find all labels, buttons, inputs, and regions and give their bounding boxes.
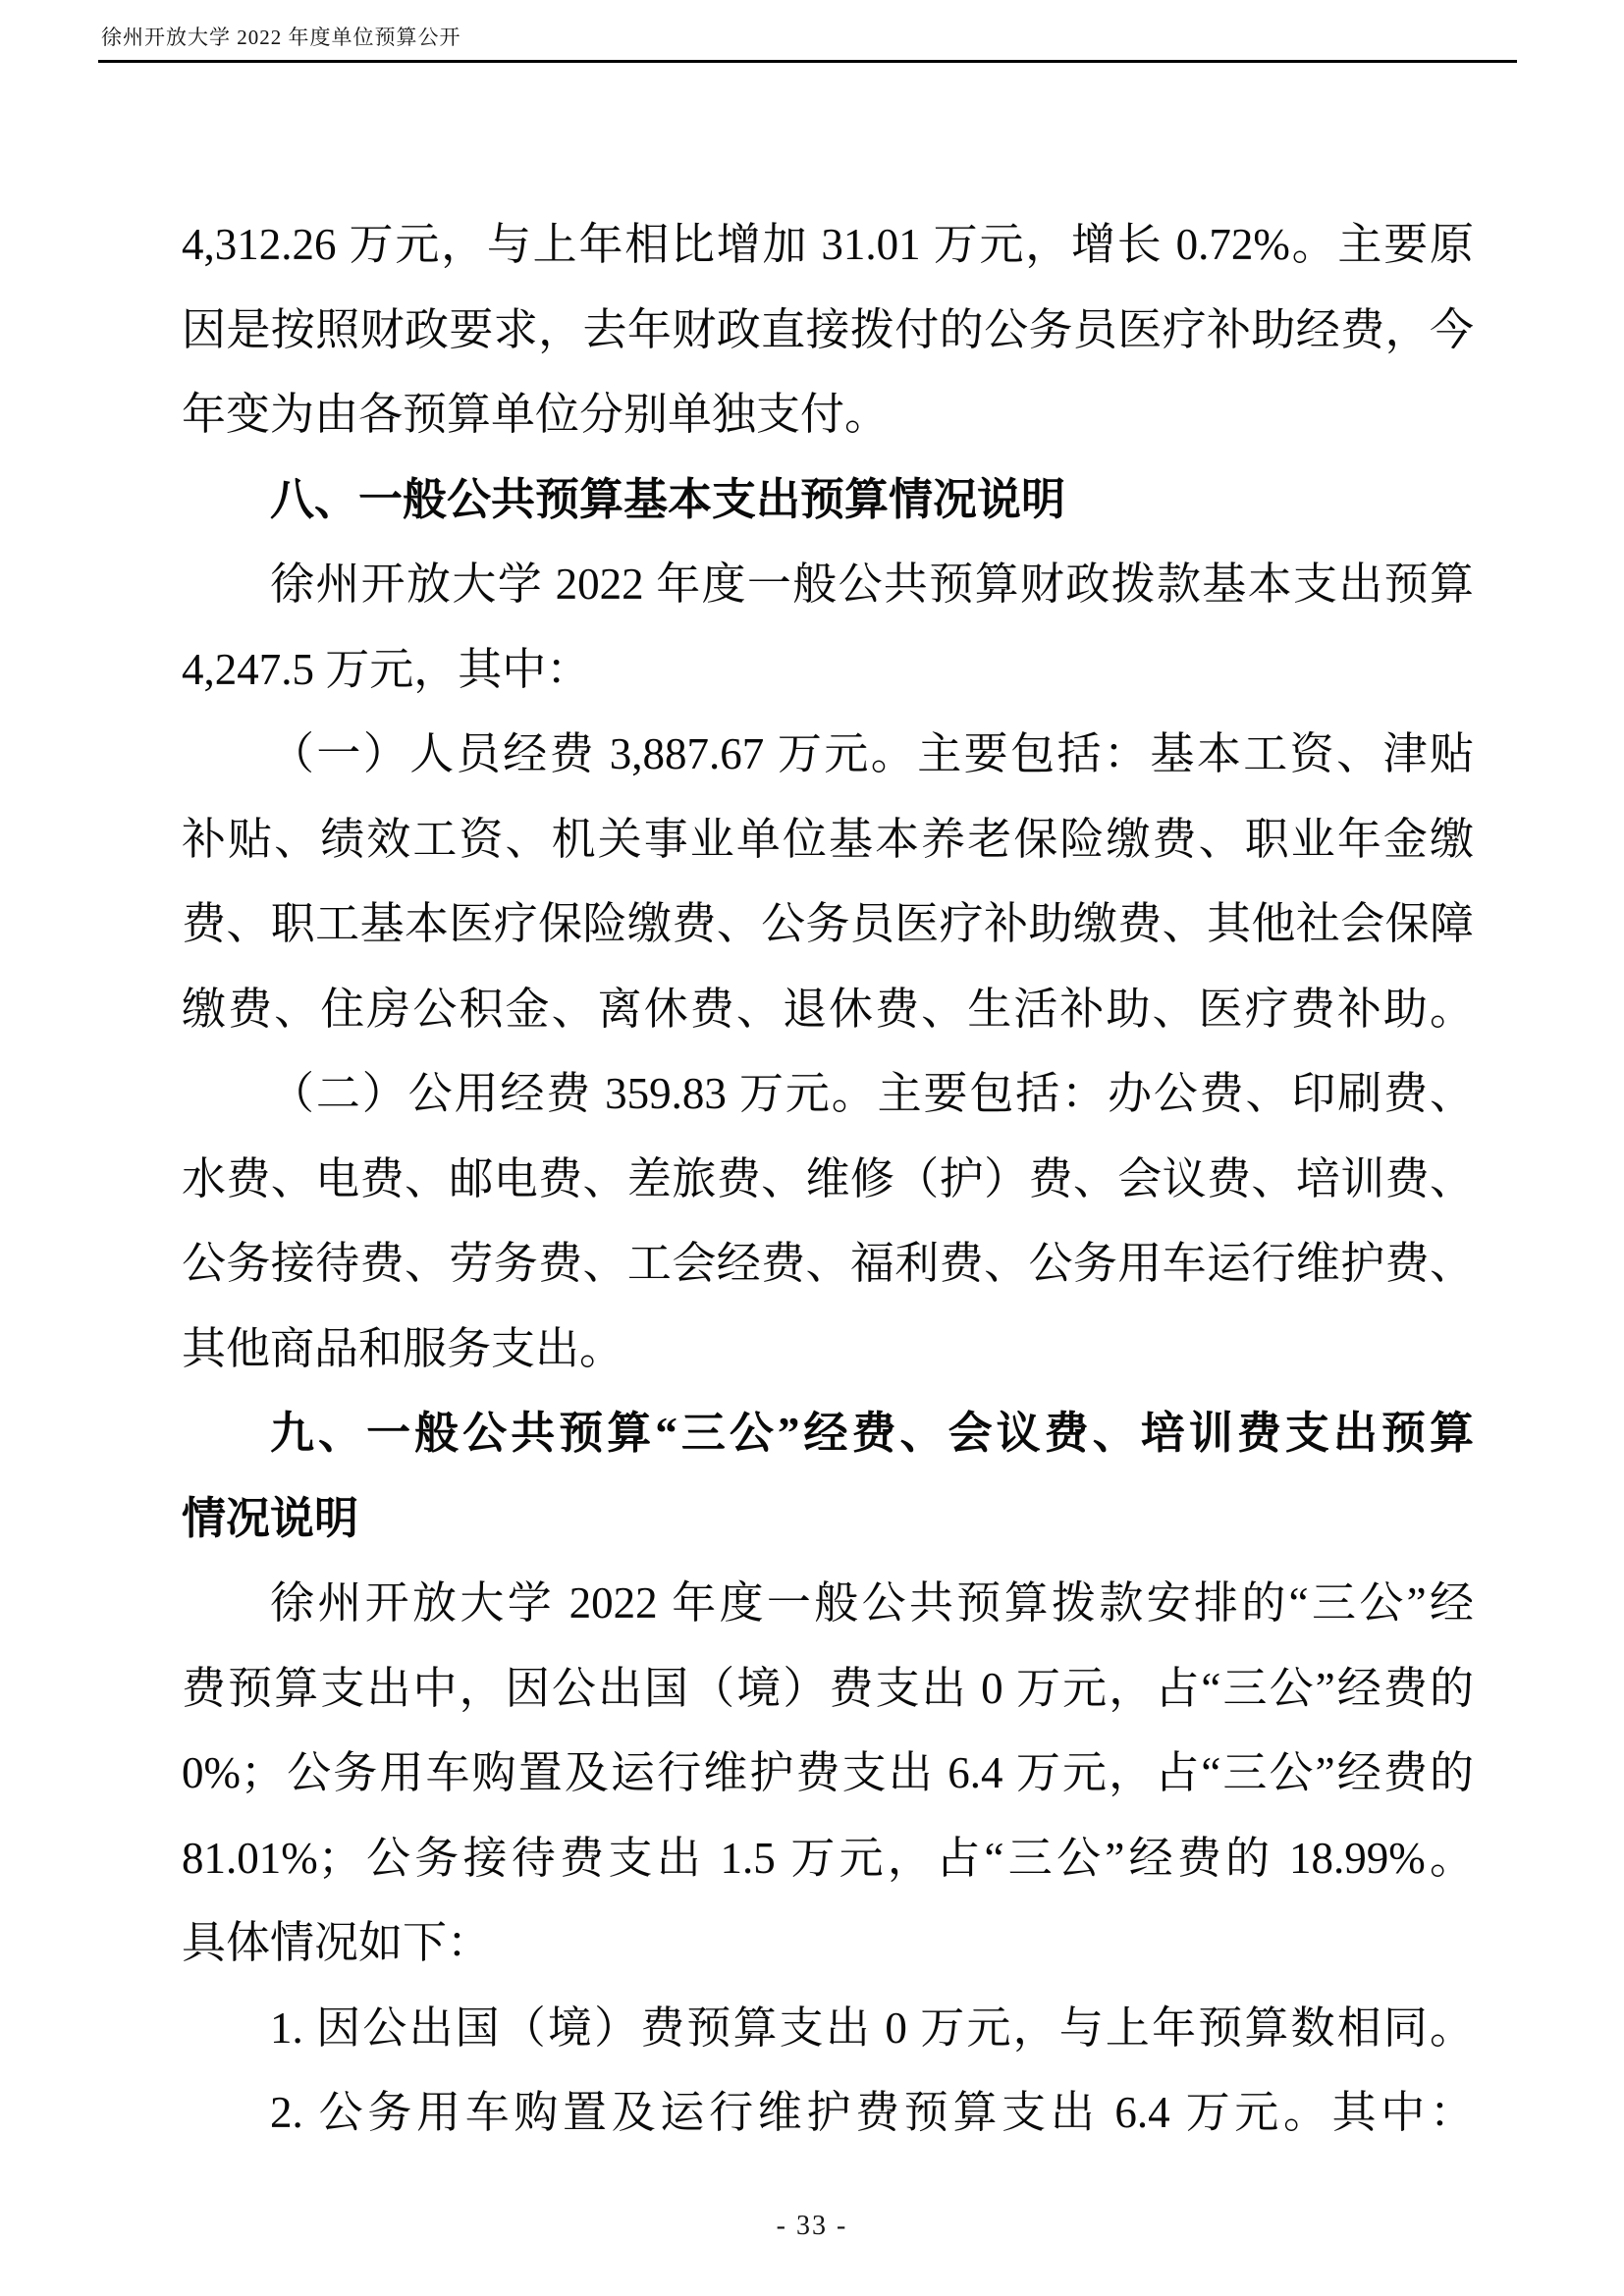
body-line: 补贴、绩效工资、机关事业单位基本养老保险缴费、职业年金缴 <box>182 797 1474 882</box>
document-page: 徐州开放大学 2022 年度单位预算公开 4,312.26 万元，与上年相比增加… <box>0 0 1624 2296</box>
body-line: 公务接待费、劳务费、工会经费、福利费、公务用车运行维护费、 <box>182 1221 1474 1307</box>
body-line: （一）人员经费 3,887.67 万元。主要包括：基本工资、津贴 <box>182 712 1474 797</box>
header-title: 徐州开放大学 2022 年度单位预算公开 <box>101 26 461 49</box>
body-line: 徐州开放大学 2022 年度一般公共预算拨款安排的“三公”经 <box>182 1561 1474 1646</box>
body-line: 4,247.5 万元，其中： <box>182 627 1474 713</box>
body-line: 其他商品和服务支出。 <box>182 1307 1474 1392</box>
body-line: 0%；公务用车购置及运行维护费支出 6.4 万元，占“三公”经费的 <box>182 1731 1474 1816</box>
page-footer: - 33 - <box>0 2211 1624 2242</box>
body-line: 徐州开放大学 2022 年度一般公共预算财政拨款基本支出预算 <box>182 542 1474 627</box>
body-line: （二）公用经费 359.83 万元。主要包括：办公费、印刷费、 <box>182 1051 1474 1137</box>
body-line: 水费、电费、邮电费、差旅费、维修（护）费、会议费、培训费、 <box>182 1137 1474 1222</box>
document-body: 4,312.26 万元，与上年相比增加 31.01 万元，增长 0.72%。主要… <box>182 202 1474 2156</box>
section-heading-9-line-1: 九、一般公共预算“三公”经费、会议费、培训费支出预算 <box>182 1391 1474 1476</box>
header-rule <box>98 60 1517 63</box>
section-heading-9-line-2: 情况说明 <box>182 1476 1474 1562</box>
body-line: 4,312.26 万元，与上年相比增加 31.01 万元，增长 0.72%。主要… <box>182 202 1474 288</box>
body-line: 因是按照财政要求，去年财政直接拨付的公务员医疗补助经费，今 <box>182 288 1474 373</box>
body-line: 2. 公务用车购置及运行维护费预算支出 6.4 万元。其中： <box>182 2070 1474 2156</box>
body-line: 年变为由各预算单位分别单独支付。 <box>182 372 1474 457</box>
body-line: 1. 因公出国（境）费预算支出 0 万元，与上年预算数相同。 <box>182 1986 1474 2071</box>
page-header: 徐州开放大学 2022 年度单位预算公开 <box>101 22 461 51</box>
body-line: 具体情况如下： <box>182 1900 1474 1986</box>
body-line: 费预算支出中，因公出国（境）费支出 0 万元，占“三公”经费的 <box>182 1646 1474 1732</box>
body-line: 费、职工基本医疗保险缴费、公务员医疗补助缴费、其他社会保障 <box>182 881 1474 967</box>
body-line: 缴费、住房公积金、离休费、退休费、生活补助、医疗费补助。 <box>182 967 1474 1052</box>
body-line: 81.01%；公务接待费支出 1.5 万元，占“三公”经费的 18.99%。 <box>182 1816 1474 1901</box>
section-heading-8: 八、一般公共预算基本支出预算情况说明 <box>182 457 1474 543</box>
page-number: - 33 - <box>777 2211 848 2241</box>
